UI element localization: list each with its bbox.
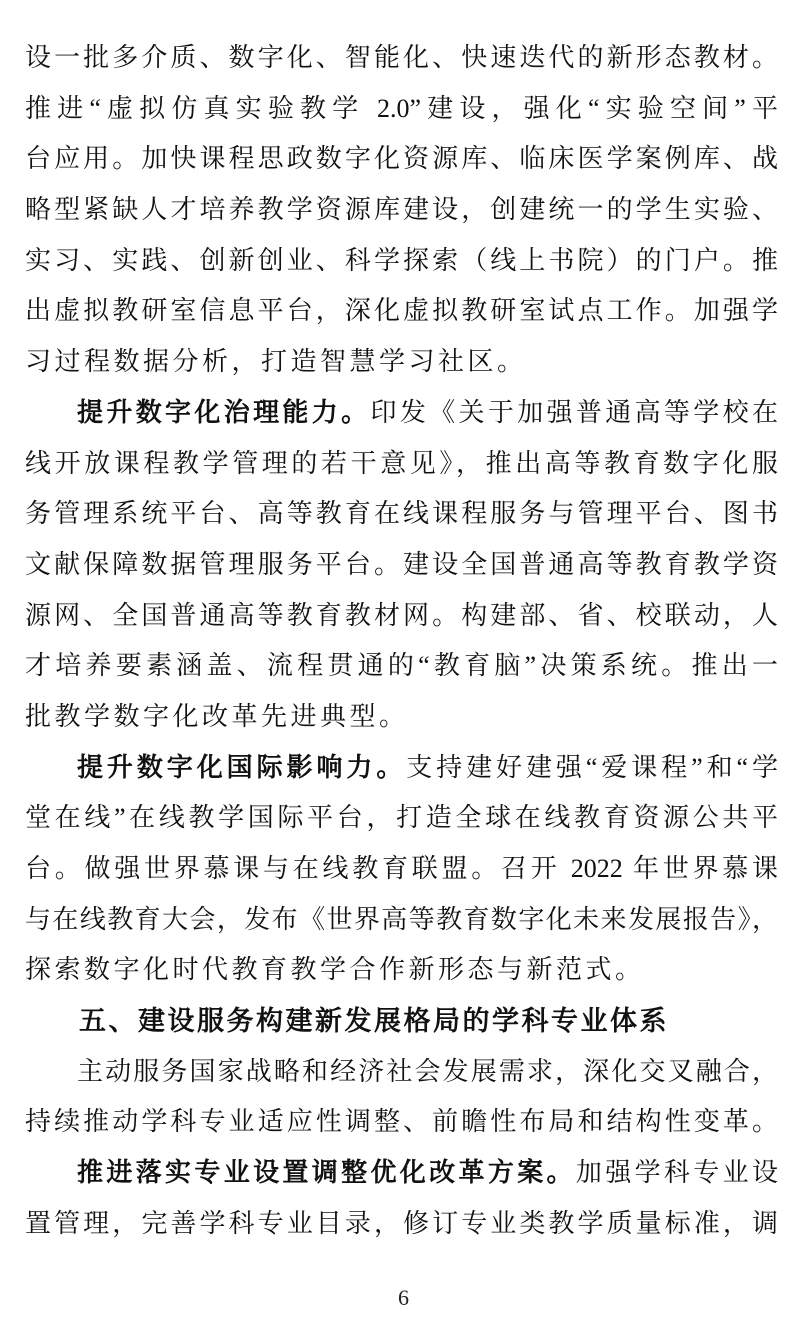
text-line: 批教学数字化改革先进典型。 xyxy=(25,692,778,743)
text-line: 源网、全国普通高等教育教材网。构建部、省、校联动，人 xyxy=(25,591,778,642)
text-line: 务管理系统平台、高等教育在线课程服务与管理平台、图书 xyxy=(25,489,778,540)
text-line: 与在线教育大会，发布《世界高等教育数字化未来发展报告》， xyxy=(25,895,778,946)
text-line: 置管理，完善学科专业目录，修订专业类教学质量标准，调 xyxy=(25,1199,778,1250)
page-number: 6 xyxy=(0,1285,807,1311)
text-line: 探索数字化时代教育教学合作新形态与新范式。 xyxy=(25,945,778,996)
paragraph-start-line: 提升数字化国际影响力。支持建好建强“爱课程”和“学 xyxy=(25,743,778,794)
text-line: 实习、实践、创新创业、科学探索（线上书院）的门户。推 xyxy=(25,236,778,287)
bold-lead-text: 推进落实专业设置调整优化改革方案。 xyxy=(77,1158,576,1187)
bold-lead-text: 提升数字化治理能力。 xyxy=(77,398,370,427)
text-line: 台。做强世界慕课与在线教育联盟。召开 2022 年世界慕课 xyxy=(25,844,778,895)
text-line: 文献保障数据管理服务平台。建设全国普通高等教育教学资 xyxy=(25,540,778,591)
text-block: 设一批多介质、数字化、智能化、快速迭代的新形态教材。 推进“虚拟仿真实验教学 2… xyxy=(25,33,778,1250)
text-line: 才培养要素涵盖、流程贯通的“教育脑”决策系统。推出一 xyxy=(25,641,778,692)
text-line: 习过程数据分析，打造智慧学习社区。 xyxy=(25,337,778,388)
text-line: 设一批多介质、数字化、智能化、快速迭代的新形态教材。 xyxy=(25,33,778,84)
text-line: 线开放课程教学管理的若干意见》，推出高等教育数字化服 xyxy=(25,439,778,490)
text-line: 推进“虚拟仿真实验教学 2.0”建设，强化“实验空间”平 xyxy=(25,84,778,135)
paragraph-start-line: 推进落实专业设置调整优化改革方案。加强学科专业设 xyxy=(25,1148,778,1199)
text-line: 台应用。加快课程思政数字化资源库、临床医学案例库、战 xyxy=(25,134,778,185)
paragraph-start-line: 提升数字化治理能力。印发《关于加强普通高等学校在 xyxy=(25,388,778,439)
text-line: 堂在线”在线教学国际平台，打造全球在线教育资源公共平 xyxy=(25,793,778,844)
text-line: 持续推动学科专业适应性调整、前瞻性布局和结构性变革。 xyxy=(25,1097,778,1148)
document-page: 设一批多介质、数字化、智能化、快速迭代的新形态教材。 推进“虚拟仿真实验教学 2… xyxy=(0,0,807,1329)
paragraph-start-line: 主动服务国家战略和经济社会发展需求，深化交叉融合， xyxy=(25,1047,778,1098)
text-line: 略型紧缺人才培养教学资源库建设，创建统一的学生实验、 xyxy=(25,185,778,236)
section-heading: 五、建设服务构建新发展格局的学科专业体系 xyxy=(25,996,778,1047)
bold-lead-text: 提升数字化国际影响力。 xyxy=(77,753,406,782)
text-line: 出虚拟教研室信息平台，深化虚拟教研室试点工作。加强学 xyxy=(25,286,778,337)
